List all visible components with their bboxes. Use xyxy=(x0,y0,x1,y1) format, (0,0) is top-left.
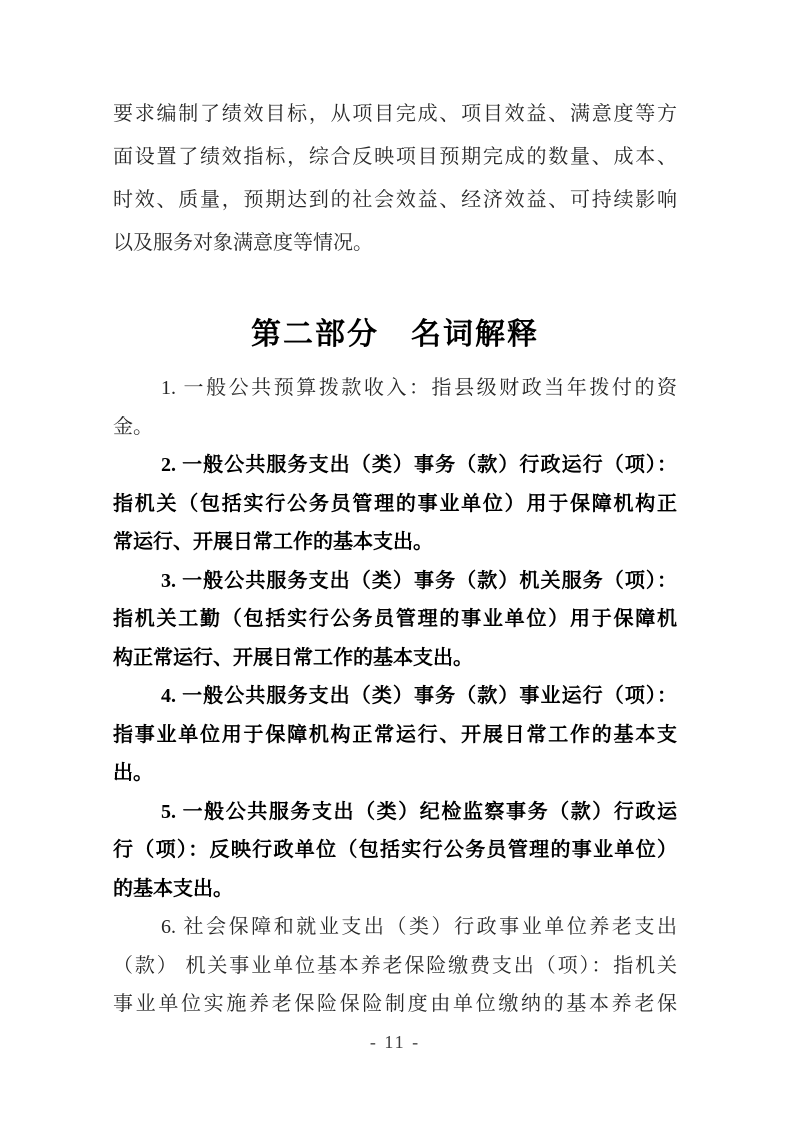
term-line: 的基本支出。 xyxy=(113,870,677,909)
term-line: 2. 一般公共服务支出（类）事务（款）行政运行（项）： xyxy=(113,446,677,485)
term-line: 6. 社会保障和就业支出（类）行政事业单位养老支出 xyxy=(113,908,677,947)
term-line: （款） 机关事业单位基本养老保险缴费支出（项）：指机关 xyxy=(113,947,677,986)
term-line: 3. 一般公共服务支出（类）事务（款）机关服务（项）： xyxy=(113,562,677,601)
terms-list: 1. 一般公共预算拨款收入：指县级财政当年拨付的资 金。 2. 一般公共服务支出… xyxy=(113,369,677,1024)
term-line: 4. 一般公共服务支出（类）事务（款）事业运行（项）： xyxy=(113,677,677,716)
term-line: 指机关工勤（包括实行公务员管理的事业单位）用于保障机 xyxy=(113,600,677,639)
paragraph-line: 以及服务对象满意度等情况。 xyxy=(113,222,677,265)
term-line: 常运行、开展日常工作的基本支出。 xyxy=(113,523,677,562)
term-line: 指机关（包括实行公务员管理的事业单位）用于保障机构正 xyxy=(113,485,677,524)
term-line: 事业单位实施养老保险保险制度由单位缴纳的基本养老保 xyxy=(113,985,677,1024)
term-line: 指事业单位用于保障机构正常运行、开展日常工作的基本支 xyxy=(113,716,677,755)
term-item-3: 3. 一般公共服务支出（类）事务（款）机关服务（项）： 指机关工勤（包括实行公务… xyxy=(113,562,677,678)
term-item-2: 2. 一般公共服务支出（类）事务（款）行政运行（项）： 指机关（包括实行公务员管… xyxy=(113,446,677,562)
term-line: 构正常运行、开展日常工作的基本支出。 xyxy=(113,639,677,678)
term-line: 5. 一般公共服务支出（类）纪检监察事务（款）行政运 xyxy=(113,793,677,832)
section-heading: 第二部分 名词解释 xyxy=(113,312,677,357)
intro-paragraph: 要求编制了绩效目标，从项目完成、项目效益、满意度等方 面设置了绩效指标，综合反映… xyxy=(113,93,677,265)
term-line: 金。 xyxy=(113,408,677,447)
term-line: 1. 一般公共预算拨款收入：指县级财政当年拨付的资 xyxy=(113,369,677,408)
paragraph-line: 时效、质量，预期达到的社会效益、经济效益、可持续影响 xyxy=(113,179,677,222)
document-page: 要求编制了绩效目标，从项目完成、项目效益、满意度等方 面设置了绩效指标，综合反映… xyxy=(0,0,793,1122)
term-item-1: 1. 一般公共预算拨款收入：指县级财政当年拨付的资 金。 xyxy=(113,369,677,446)
term-item-4: 4. 一般公共服务支出（类）事务（款）事业运行（项）： 指事业单位用于保障机构正… xyxy=(113,677,677,793)
page-number: - 11 - xyxy=(113,1032,677,1053)
term-line: 行（项）：反映行政单位（包括实行公务员管理的事业单位） xyxy=(113,831,677,870)
paragraph-line: 要求编制了绩效目标，从项目完成、项目效益、满意度等方 xyxy=(113,93,677,136)
term-item-6: 6. 社会保障和就业支出（类）行政事业单位养老支出 （款） 机关事业单位基本养老… xyxy=(113,908,677,1024)
paragraph-line: 面设置了绩效指标，综合反映项目预期完成的数量、成本、 xyxy=(113,136,677,179)
term-line: 出。 xyxy=(113,754,677,793)
term-item-5: 5. 一般公共服务支出（类）纪检监察事务（款）行政运 行（项）：反映行政单位（包… xyxy=(113,793,677,909)
